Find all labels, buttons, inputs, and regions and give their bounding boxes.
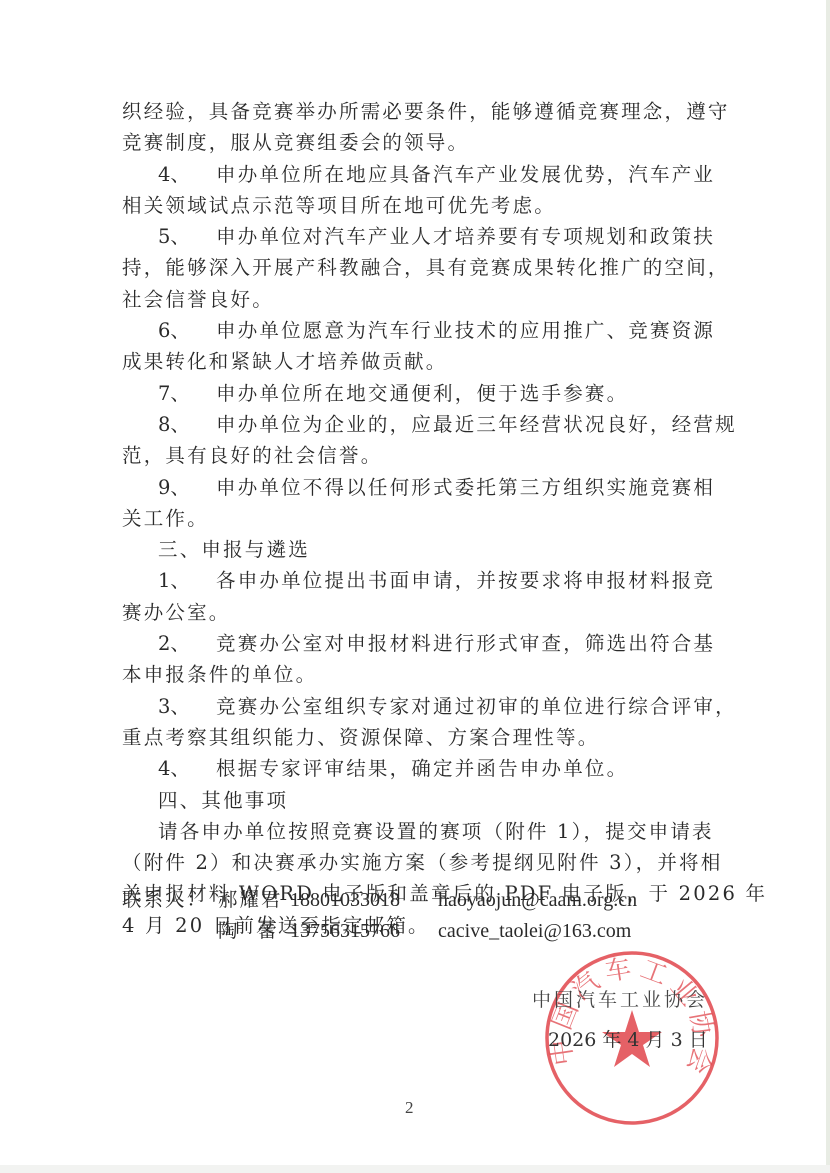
line-text: 成果转化和紧缺人才培养做贡献。	[122, 350, 448, 373]
paragraph-line: 范，具有良好的社会信誉。	[122, 440, 714, 471]
paragraph-line: 社会信誉良好。	[122, 284, 714, 315]
line-text: 范，具有良好的社会信誉。	[122, 444, 382, 467]
line-text: 申办单位所在地交通便利，便于选手参赛。	[216, 382, 628, 405]
signing-date: 2026 年 4 月 3 日	[548, 1025, 708, 1052]
item-number: 4、	[158, 159, 216, 190]
contact-email: cacive_taolei@163.com	[438, 916, 631, 947]
line-text: 竞赛办公室组织专家对通过初审的单位进行综合评审，	[216, 695, 737, 718]
document-page: 织经验，具备竞赛举办所需必要条件，能够遵循竞赛理念，遵守竞赛制度，服从竞赛组委会…	[0, 0, 826, 1165]
paragraph-line: 8、申办单位为企业的，应最近三年经营状况良好，经营规	[122, 409, 714, 440]
document-body: 织经验，具备竞赛举办所需必要条件，能够遵循竞赛理念，遵守竞赛制度，服从竞赛组委会…	[122, 96, 714, 941]
line-text: 赛办公室。	[122, 601, 231, 624]
paragraph-line: 4、申办单位所在地应具备汽车产业发展优势，汽车产业	[122, 159, 714, 190]
line-text: 织经验，具备竞赛举办所需必要条件，能够遵循竞赛理念，遵守	[122, 100, 730, 123]
contact-name: 郝耀君	[218, 884, 290, 915]
contact-email: haoyaojun@caam.org.cn	[438, 885, 637, 916]
paragraph-line: 本申报条件的单位。	[122, 659, 714, 690]
line-text: 竞赛制度，服从竞赛组委会的领导。	[122, 131, 469, 154]
line-text: 本申报条件的单位。	[122, 663, 317, 686]
paragraph-line: 4、根据专家评审结果，确定并函告申办单位。	[122, 753, 714, 784]
item-number: 1、	[158, 565, 216, 596]
page-edge	[826, 0, 830, 1173]
paragraph-line: 9、申办单位不得以任何形式委托第三方组织实施竞赛相	[122, 472, 714, 503]
line-text: 请各申办单位按照竞赛设置的赛项（附件 1），提交申请表	[158, 820, 714, 843]
line-text: 申办单位为企业的，应最近三年经营状况良好，经营规	[216, 413, 737, 436]
line-text: 竞赛办公室对申报材料进行形式审查，筛选出符合基	[216, 632, 715, 655]
line-text: 申办单位愿意为汽车行业技术的应用推广、竞赛资源	[216, 319, 715, 342]
line-text: 持，能够深入开展产科教融合，具有竞赛成果转化推广的空间，	[122, 256, 730, 279]
item-number: 8、	[158, 409, 216, 440]
paragraph-line: 成果转化和紧缺人才培养做贡献。	[122, 346, 714, 377]
line-text: 申办单位对汽车产业人才培养要有专项规划和政策扶	[216, 225, 715, 248]
item-number: 6、	[158, 315, 216, 346]
contact-block: 联系人：郝耀君18801033018haoyaojun@caam.org.cn …	[122, 884, 637, 946]
page-bottom-edge	[0, 1165, 830, 1173]
item-number: 2、	[158, 628, 216, 659]
paragraph-line: 3、竞赛办公室组织专家对通过初审的单位进行综合评审，	[122, 691, 714, 722]
line-text: 关工作。	[122, 507, 209, 530]
item-number: 7、	[158, 378, 216, 409]
contact-phone: 18801033018	[290, 885, 438, 916]
signing-organization: 中国汽车工业协会	[532, 985, 708, 1012]
paragraph-line: 2、竞赛办公室对申报材料进行形式审查，筛选出符合基	[122, 628, 714, 659]
paragraph-line: 织经验，具备竞赛举办所需必要条件，能够遵循竞赛理念，遵守	[122, 96, 714, 127]
line-text: 申办单位所在地应具备汽车产业发展优势，汽车产业	[216, 163, 715, 186]
paragraph-line: 关工作。	[122, 503, 714, 534]
section-heading: 四、其他事项	[122, 785, 714, 816]
line-text: 社会信誉良好。	[122, 288, 274, 311]
page-number: 2	[405, 1098, 414, 1118]
line-text: 申办单位不得以任何形式委托第三方组织实施竞赛相	[216, 476, 715, 499]
item-number: 5、	[158, 221, 216, 252]
paragraph-line: 5、申办单位对汽车产业人才培养要有专项规划和政策扶	[122, 221, 714, 252]
contact-label: 联系人：	[122, 884, 218, 915]
item-number: 9、	[158, 472, 216, 503]
paragraph-line: 重点考察其组织能力、资源保障、方案合理性等。	[122, 722, 714, 753]
line-text: 重点考察其组织能力、资源保障、方案合理性等。	[122, 726, 599, 749]
contact-phone: 13756315766	[290, 916, 438, 947]
contact-row: 陶蕾13756315766cacive_taolei@163.com	[122, 915, 637, 946]
paragraph-line: 6、申办单位愿意为汽车行业技术的应用推广、竞赛资源	[122, 315, 714, 346]
line-text: 各申办单位提出书面申请，并按要求将申报材料报竞	[216, 569, 715, 592]
contact-row: 联系人：郝耀君18801033018haoyaojun@caam.org.cn	[122, 884, 637, 915]
section-heading: 三、申报与遴选	[122, 534, 714, 565]
paragraph-line: 竞赛制度，服从竞赛组委会的领导。	[122, 127, 714, 158]
paragraph-line: 持，能够深入开展产科教融合，具有竞赛成果转化推广的空间，	[122, 252, 714, 283]
contact-name: 陶蕾	[218, 915, 290, 946]
paragraph-line: 请各申办单位按照竞赛设置的赛项（附件 1），提交申请表	[122, 816, 714, 847]
paragraph-line: 相关领域试点示范等项目所在地可优先考虑。	[122, 190, 714, 221]
paragraph-line: 1、各申办单位提出书面申请，并按要求将申报材料报竞	[122, 565, 714, 596]
item-number: 3、	[158, 691, 216, 722]
paragraph-line: （附件 2）和决赛承办实施方案（参考提纲见附件 3），并将相	[122, 847, 714, 878]
line-text: （附件 2）和决赛承办实施方案（参考提纲见附件 3），并将相	[122, 851, 722, 874]
item-number: 4、	[158, 753, 216, 784]
line-text: 根据专家评审结果，确定并函告申办单位。	[216, 757, 628, 780]
paragraph-line: 赛办公室。	[122, 597, 714, 628]
line-text: 相关领域试点示范等项目所在地可优先考虑。	[122, 194, 556, 217]
paragraph-line: 7、申办单位所在地交通便利，便于选手参赛。	[122, 378, 714, 409]
